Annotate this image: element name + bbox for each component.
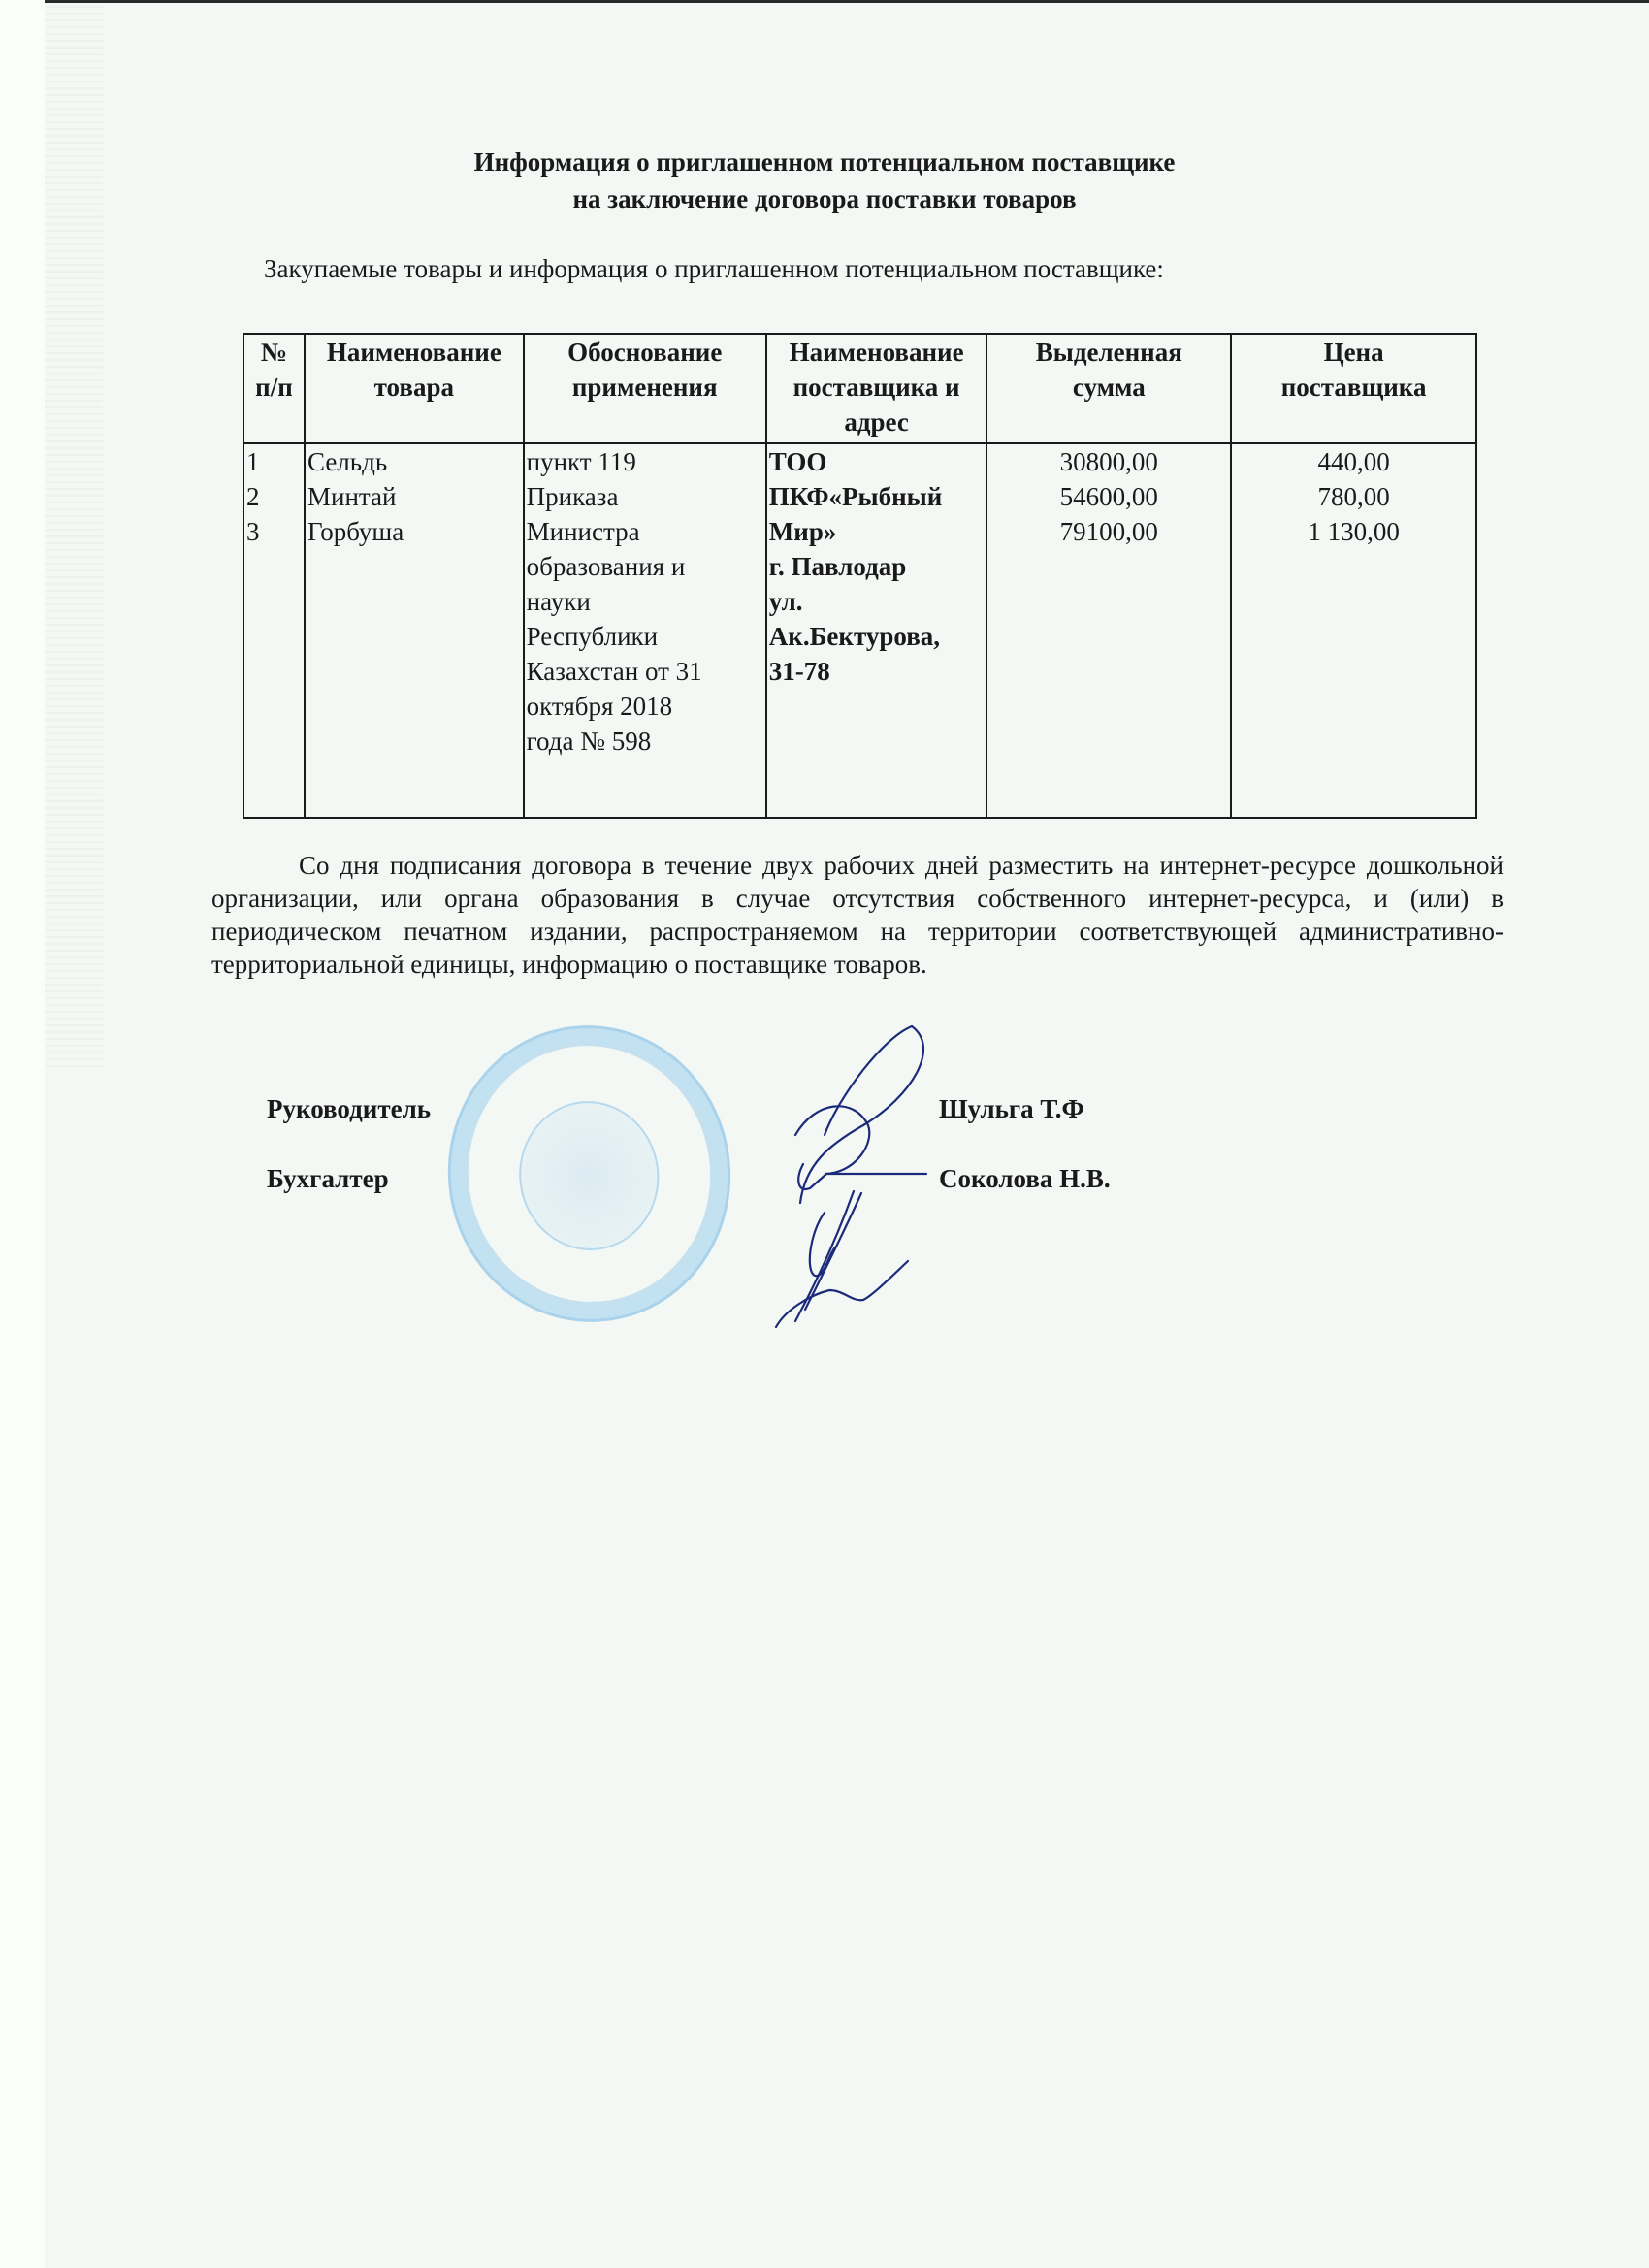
item-name: Минтай [307, 479, 521, 514]
head-label: Руководитель [267, 1094, 431, 1124]
goods-table: № п/п Наименование товара Обоснование пр… [242, 333, 1477, 819]
header-supplier: Наименование поставщика и адрес [766, 334, 987, 443]
supplier-price-cell: 440,00 780,00 1 130,00 [1231, 443, 1476, 818]
scan-left-strip [0, 0, 45, 2268]
head-name: Шульга Т.Ф [939, 1094, 1084, 1124]
header-price: Цена поставщика [1231, 334, 1476, 443]
table-row: 1 2 3 Сельдь Минтай Горбуша пункт 119 Пр… [243, 443, 1476, 818]
table-header-row: № п/п Наименование товара Обоснование пр… [243, 334, 1476, 443]
publication-paragraph: Со дня подписания договора в течение дву… [211, 849, 1503, 981]
accountant-label: Бухгалтер [267, 1164, 389, 1194]
header-num: № п/п [243, 334, 305, 443]
allocated-sum-cell: 30800,00 54600,00 79100,00 [986, 443, 1231, 818]
accountant-name: Соколова Н.В. [939, 1164, 1111, 1194]
item-names-cell: Сельдь Минтай Горбуша [305, 443, 524, 818]
supplier-cell: ТОО ПКФ«Рыбный Мир» г. Павлодар ул. Ак.Б… [766, 443, 987, 818]
header-basis: Обоснование применения [524, 334, 766, 443]
num-cell: 1 2 3 [243, 443, 305, 818]
header-name: Наименование товара [305, 334, 524, 443]
header-sum: Выделенная сумма [986, 334, 1231, 443]
title-line-2: на заключение договора поставки товаров [0, 180, 1649, 217]
item-name: Горбуша [307, 514, 521, 549]
title-line-1: Информация о приглашенном потенциальном … [0, 144, 1649, 180]
intro-text: Закупаемые товары и информация о приглаш… [264, 252, 1164, 285]
document-title: Информация о приглашенном потенциальном … [0, 144, 1649, 217]
basis-cell: пункт 119 Приказа Министра образования и… [524, 443, 766, 818]
item-name: Сельдь [307, 444, 521, 479]
scan-top-edge [0, 0, 1649, 3]
signature-icon [621, 1019, 931, 1329]
